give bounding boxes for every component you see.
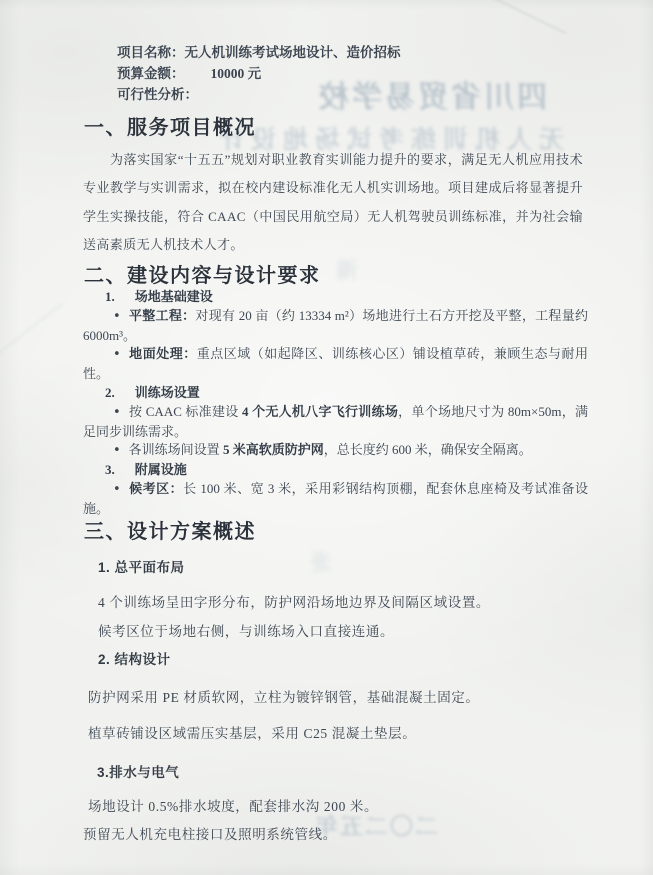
- document-header: 项目名称：无人机训练考试场地设计、造价招标 预算金额：10000 元 可行性分析…: [117, 42, 401, 105]
- bleedthrough-smudge: 张: [310, 546, 332, 577]
- section-2-heading: 二、建设内容与设计要求: [84, 259, 321, 288]
- bullet-dot-icon: •: [113, 309, 121, 324]
- section-2-content: 1.场地基础建设 •平整工程：对现有 20 亩（约 13334 m²）场地进行土…: [83, 288, 588, 519]
- subsection-number: 1.: [105, 289, 115, 304]
- subsection-heading-site-foundation: 1.场地基础建设: [83, 288, 588, 307]
- subsection-title: 训练场设置: [135, 385, 200, 400]
- bullet-bold-text: 5 米高软质防护网: [223, 442, 324, 457]
- subsection-title: 附属设施: [135, 462, 187, 477]
- subsection-heading-drainage-electrical: 3.排水与电气: [97, 761, 179, 781]
- bullet-item-waiting-area: •候考区：长 100 米、宽 3 米，采用彩钢结构顶棚，配套休息座椅及考试准备设…: [83, 480, 588, 519]
- bullet-dot-icon: •: [113, 347, 121, 362]
- bullet-text: ，总长度约 600 米，确保安全隔离。: [324, 442, 532, 457]
- bullet-item-caac-fields: •按 CAAC 标准建设 4 个无人机八字飞行训练场，单个场地尺寸为 80m×5…: [83, 403, 588, 442]
- feasibility-line: 可行性分析：: [117, 84, 401, 105]
- drainage-paragraph-1: 场地设计 0.5%排水坡度，配套排水沟 200 米。: [88, 795, 378, 815]
- layout-paragraph-1: 4 个训练场呈田字形分布，防护网沿场地边界及间隔区域设置。: [98, 591, 490, 611]
- bullet-text: 按 CAAC 标准建设: [129, 404, 242, 419]
- budget-value: 10000 元: [211, 66, 262, 81]
- project-name-label: 项目名称：: [117, 45, 185, 60]
- bullet-bold-text: 4 个无人机八字飞行训练场: [242, 404, 398, 419]
- bullet-dot-icon: •: [113, 482, 121, 497]
- bullet-item-safety-net: •各训练场间设置 5 米高软质防护网，总长度约 600 米，确保安全隔离。: [83, 441, 588, 461]
- project-name-line: 项目名称：无人机训练考试场地设计、造价招标: [117, 42, 401, 63]
- section-3-heading: 三、设计方案概述: [84, 515, 256, 544]
- paper-crease: [0, 303, 63, 360]
- bullet-item-ground-treatment: •地面处理：重点区域（如起降区、训练核心区）铺设植草砖，兼顾生态与耐用性。: [83, 345, 588, 384]
- subsection-title: 场地基础建设: [135, 289, 213, 304]
- subsection-number: 3.: [105, 462, 115, 477]
- section-1-heading: 一、服务项目概况: [84, 111, 256, 140]
- section-1-paragraph: 为落实国家“十五五”规划对职业教育实训能力提升的要求，满足无人机应用技术专业教学…: [83, 146, 583, 260]
- bullet-item-leveling: •平整工程：对现有 20 亩（约 13334 m²）场地进行土石方开挖及平整，工…: [83, 307, 588, 346]
- project-name-value: 无人机训练考试场地设计、造价招标: [185, 45, 401, 60]
- layout-paragraph-2: 候考区位于场地右侧，与训练场入口直接连通。: [98, 620, 394, 640]
- drainage-paragraph-2: 预留无人机充电柱接口及照明系统管线。: [83, 823, 337, 843]
- budget-line: 预算金额：10000 元: [117, 63, 401, 84]
- structure-paragraph-2: 植草砖铺设区域需压实基层，采用 C25 混凝土垫层。: [88, 722, 416, 742]
- bullet-label: 候考区：: [129, 481, 183, 496]
- bullet-dot-icon: •: [113, 405, 121, 420]
- structure-paragraph-1: 防护网采用 PE 材质软网，立柱为镀锌钢管，基础混凝土固定。: [88, 686, 480, 706]
- subsection-heading-training-field: 2.训练场设置: [83, 384, 588, 403]
- budget-label: 预算金额：: [117, 66, 185, 81]
- feasibility-label: 可行性分析：: [117, 87, 198, 102]
- subsection-heading-auxiliary: 3.附属设施: [83, 461, 588, 480]
- bullet-dot-icon: •: [113, 443, 121, 458]
- bullet-text: 各训练场间设置: [129, 442, 223, 457]
- subsection-number: 2.: [105, 385, 115, 400]
- subsection-heading-structure: 2. 结构设计: [98, 648, 171, 668]
- bullet-label: 平整工程：: [129, 308, 196, 323]
- scanned-document-page: 四川省贸易学校 无人机训练考试场地设计 二〇二五年 新 张 项目名称：无人机训练…: [0, 0, 653, 875]
- paper-crease: [458, 0, 567, 34]
- subsection-heading-layout: 1. 总平面布局: [98, 556, 185, 576]
- bullet-label: 地面处理：: [129, 346, 197, 361]
